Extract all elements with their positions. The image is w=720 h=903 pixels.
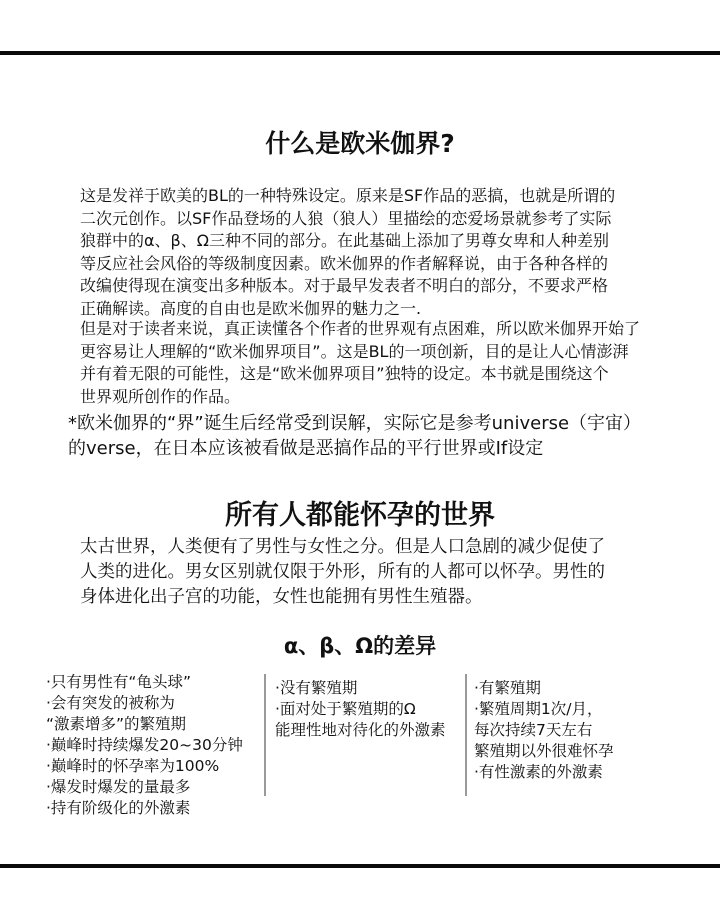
omega-trait: ·繁殖周期1次/月， <box>474 699 614 720</box>
column-divider <box>264 674 266 796</box>
top-border-rule <box>0 51 720 55</box>
text-line: 改编使得现在演变出多种版本。对于最早发表者不明白的部分，不要求严格 <box>80 275 615 298</box>
omega-trait: 每次持续7天左右 <box>474 720 614 741</box>
omega-trait: 繁殖期以外很难怀孕 <box>474 741 614 762</box>
alpha-trait: ·巅峰时的怀孕率为100% <box>46 756 243 777</box>
text-line: 这是发祥于欧美的BL的一种特殊设定。原来是SF作品的恶搞，也就是所谓的 <box>80 185 615 208</box>
text-line: 更容易让人理解的“欧米伽界项目”。这是BL的一项创新，目的是让人心情澎湃 <box>80 341 640 364</box>
alpha-column: ·只有男性有“龟头球” ·会有突发的被称为 “激素增多”的繁殖期 ·巅峰时持续爆… <box>46 672 243 819</box>
omega-trait: ·有繁殖期 <box>474 678 614 699</box>
alpha-trait: ·持有阶级化的外激素 <box>46 798 243 819</box>
text-line: 正确解读。高度的自由也是欧米伽界的魅力之一. <box>80 298 615 321</box>
world-paragraph: 太古世界，人类便有了男性与女性之分。但是人口急剧的减少促使了 人类的进化。男女区… <box>80 535 605 610</box>
text-line: 并有着无限的可能性，这是“欧米伽界项目”独特的设定。本书就是围绕这个 <box>80 363 640 386</box>
text-line: 等反应社会风俗的等级制度因素。欧米伽界的作者解释说，由于各种各样的 <box>80 253 615 276</box>
alpha-trait: ·会有突发的被称为 <box>46 693 243 714</box>
text-line: 狼群中的α、β、Ω三种不同的部分。在此基础上添加了男尊女卑和人种差别 <box>80 230 615 253</box>
section-title-what-is-omegaverse: 什么是欧米伽界? <box>0 124 720 160</box>
beta-column: ·没有繁殖期 ·面对处于繁殖期的Ω 能理性地对待化的外激素 <box>275 678 446 741</box>
text-line: 太古世界，人类便有了男性与女性之分。但是人口急剧的减少促使了 <box>80 535 605 560</box>
alpha-trait: ·爆发时爆发的量最多 <box>46 777 243 798</box>
text-line: 身体进化出子宫的功能，女性也能拥有男性生殖器。 <box>80 585 605 610</box>
bottom-border-rule <box>0 864 720 868</box>
beta-trait: 能理性地对待化的外激素 <box>275 720 446 741</box>
project-paragraph: 但是对于读者来说，真正读懂各个作者的世界观有点困难，所以欧米伽界开始了 更容易让… <box>80 318 640 408</box>
text-line: 世界观所创作的作品。 <box>80 386 640 409</box>
text-line: 的verse，在日本应该被看做是恶搞作品的平行世界或If设定 <box>68 436 641 461</box>
text-line: *欧米伽界的“界”诞生后经常受到误解，实际它是参考universe（宇宙） <box>68 411 641 436</box>
alpha-trait: ·巅峰时持续爆发20~30分钟 <box>46 735 243 756</box>
beta-trait: ·面对处于繁殖期的Ω <box>275 699 446 720</box>
text-line: 二次元创作。以SF作品登场的人狼（狼人）里描绘的恋爱场景就参考了实际 <box>80 208 615 231</box>
section-title-everyone-can-be-pregnant: 所有人都能怀孕的世界 <box>0 493 720 532</box>
omega-trait: ·有性激素的外激素 <box>474 762 614 783</box>
alpha-trait: ·只有男性有“龟头球” <box>46 672 243 693</box>
text-line: 人类的进化。男女区别就仅限于外形，所有的人都可以怀孕。男性的 <box>80 560 605 585</box>
section-title-differences: α、β、Ω的差异 <box>0 630 720 660</box>
omega-column: ·有繁殖期 ·繁殖周期1次/月， 每次持续7天左右 繁殖期以外很难怀孕 ·有性激… <box>474 678 614 783</box>
footnote-paragraph: *欧米伽界的“界”诞生后经常受到误解，实际它是参考universe（宇宙） 的v… <box>68 411 641 461</box>
column-divider <box>465 674 467 796</box>
text-line: 但是对于读者来说，真正读懂各个作者的世界观有点困难，所以欧米伽界开始了 <box>80 318 640 341</box>
intro-paragraph: 这是发祥于欧美的BL的一种特殊设定。原来是SF作品的恶搞，也就是所谓的 二次元创… <box>80 185 615 320</box>
alpha-trait: “激素增多”的繁殖期 <box>46 714 243 735</box>
beta-trait: ·没有繁殖期 <box>275 678 446 699</box>
